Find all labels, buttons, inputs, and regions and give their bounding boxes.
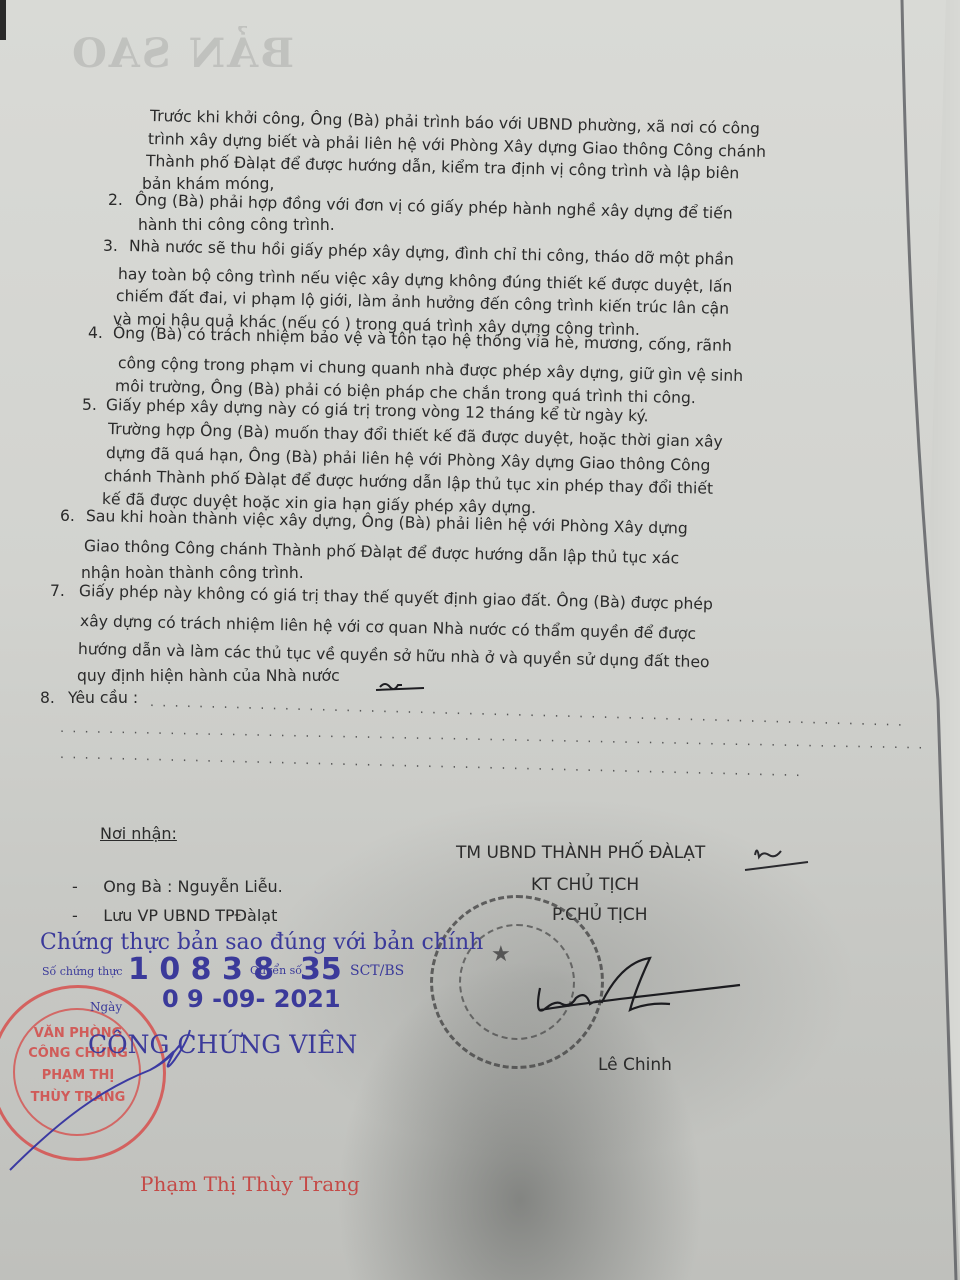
handwritten-signatures (0, 0, 960, 1280)
initial-mark (376, 684, 424, 690)
official-signature (538, 958, 740, 1011)
notary-signature (10, 1030, 190, 1170)
initial-signature (745, 850, 808, 870)
